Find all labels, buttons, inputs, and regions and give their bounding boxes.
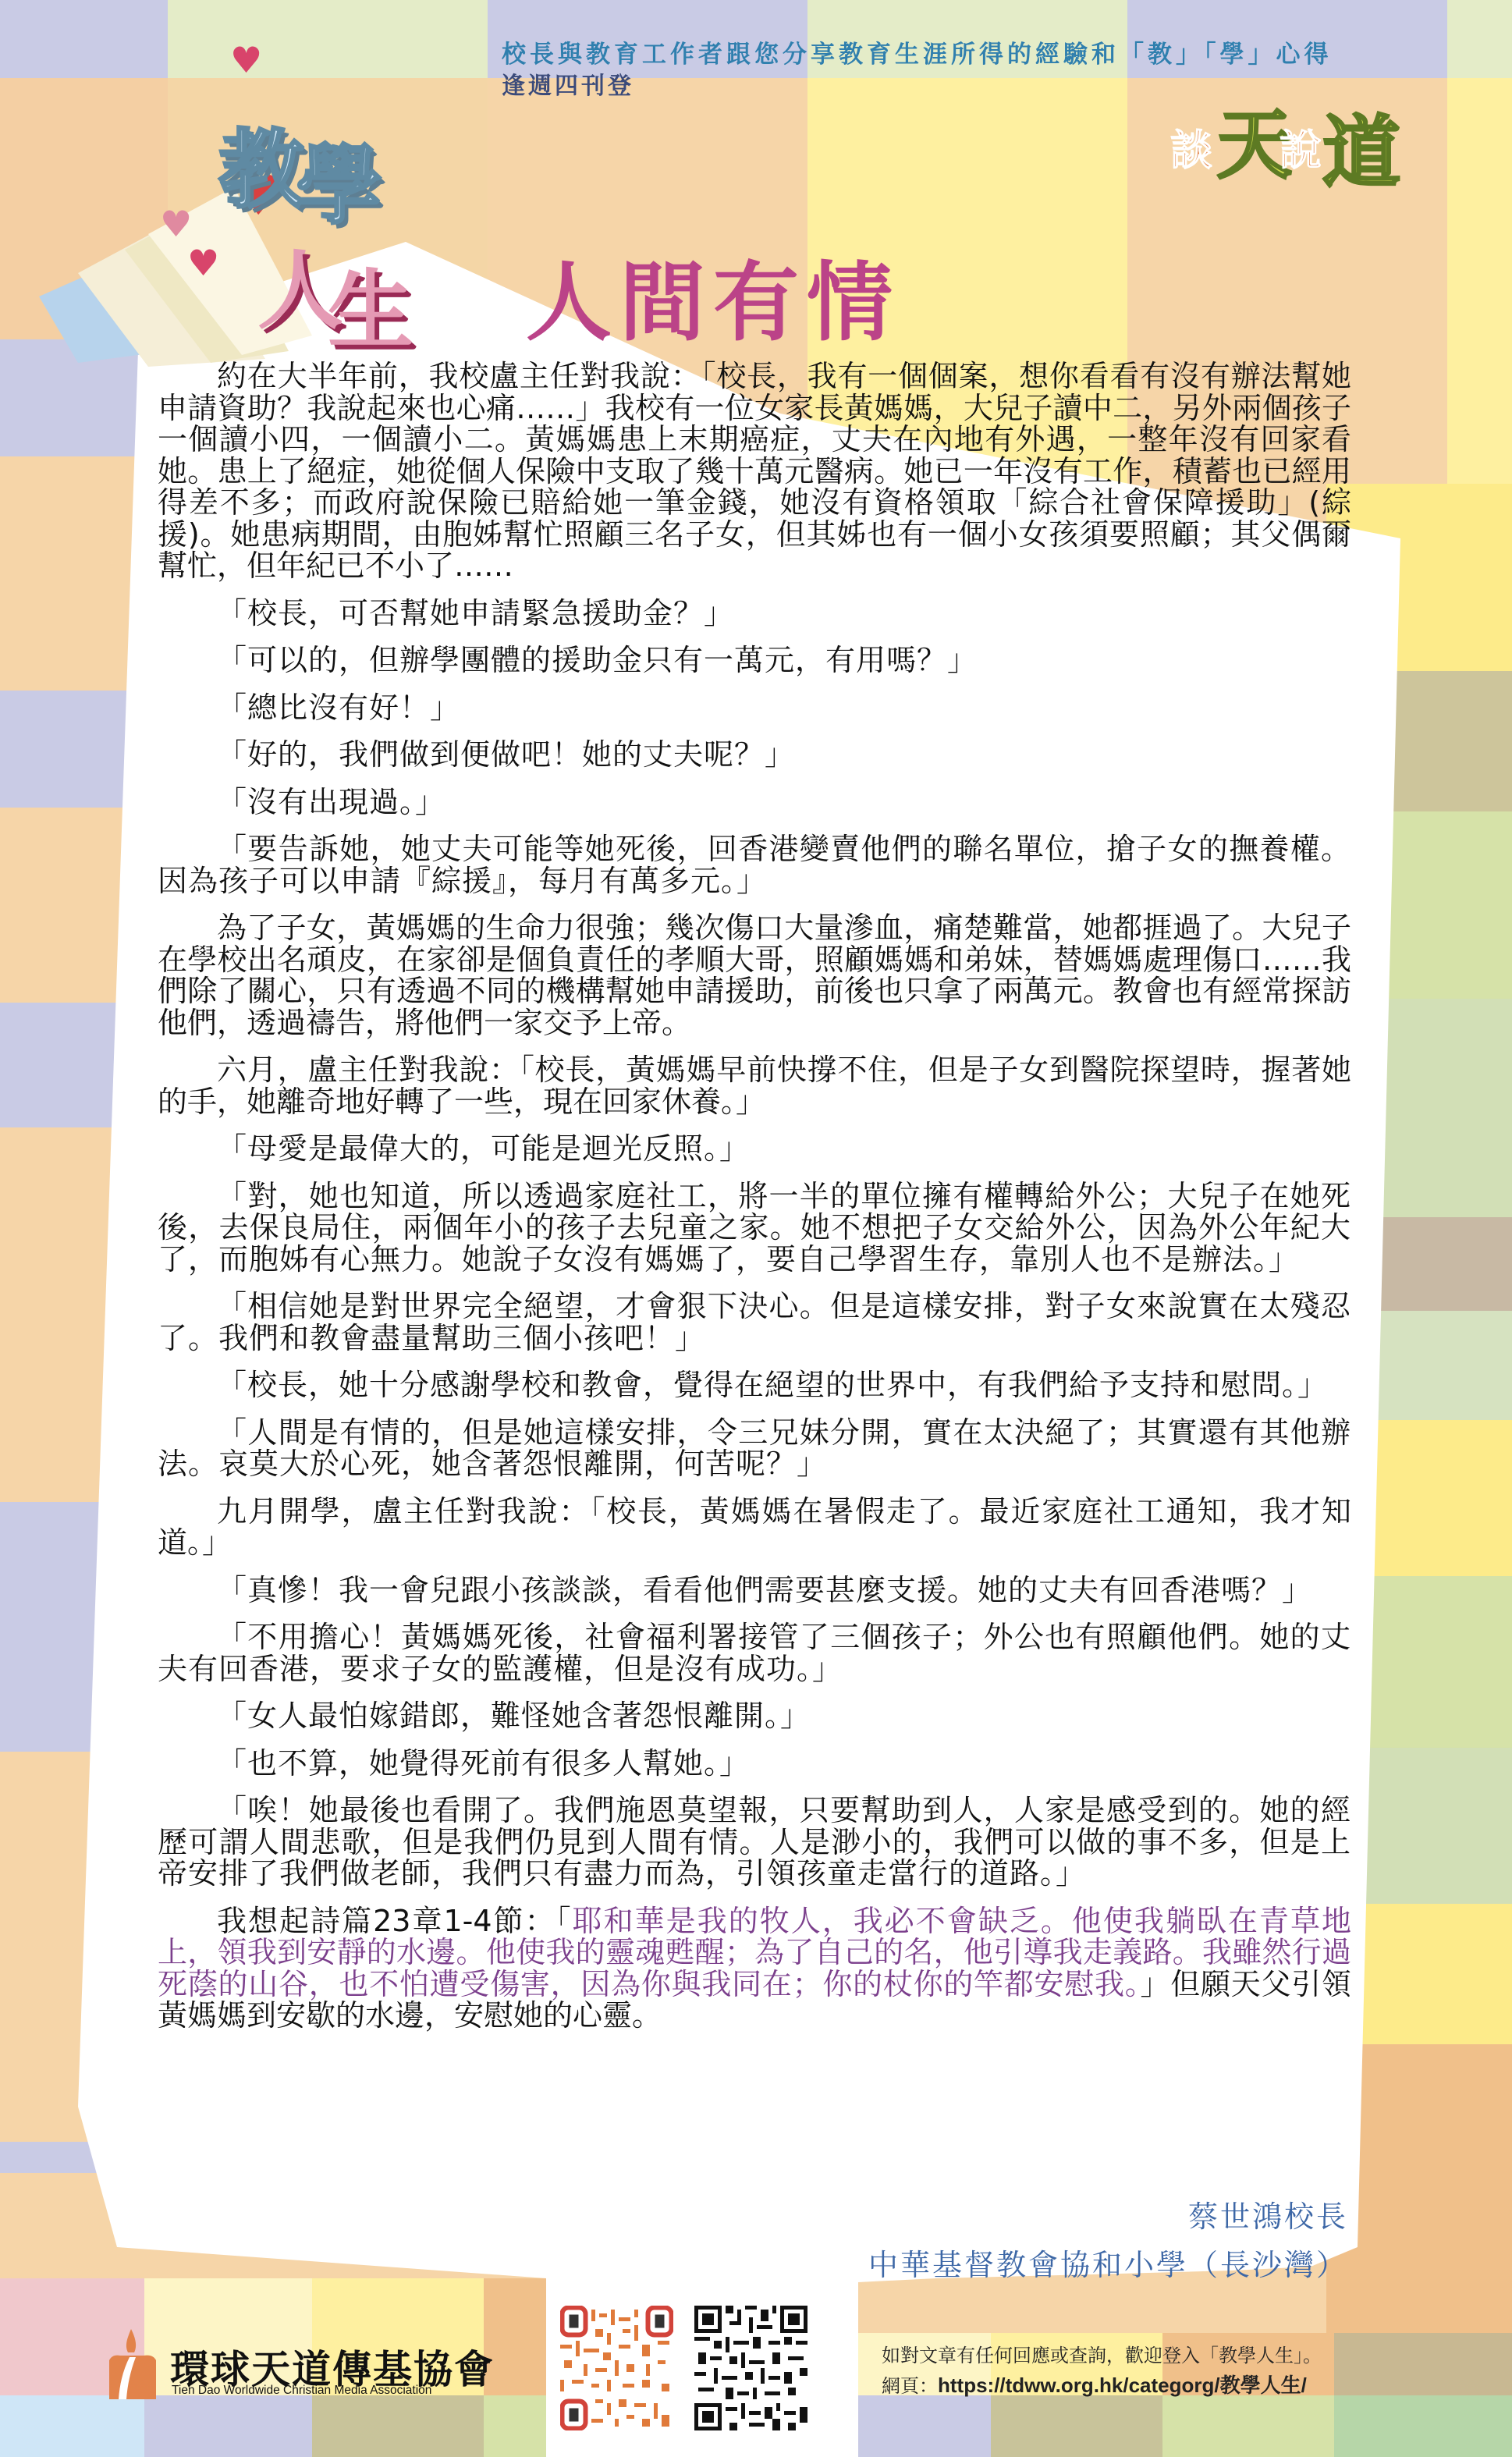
paragraph: 九月開學，盧主任對我說：「校長，黃媽媽在暑假走了。最近家庭社工通知，我才知道。」: [158, 1496, 1351, 1559]
dialog-line: 「校長，可否幫她申請緊急援助金？」: [158, 598, 1351, 630]
contact-line: 如對文章有任何回應或查詢，歡迎登入「教學人生」。: [882, 2341, 1322, 2370]
article-body: 約在大半年前，我校盧主任對我說：「校長，我有一個個案，想你看看有沒有辦法幫她申請…: [158, 360, 1351, 2047]
paragraph-lead: 六月，盧主任對我說：: [217, 1053, 520, 1087]
logo-char: 教: [218, 101, 304, 225]
heart-icon: ♥: [230, 39, 262, 81]
paragraph: 為了子女，黃媽媽的生命力很強；幾次傷口大量滲血，痛楚難當，她都捱過了。大兒子在學…: [158, 912, 1351, 1039]
logo-char: 說: [1280, 117, 1322, 177]
dialog-line: 「不用擔心！黃媽媽死後，社會福利署接管了三個孩子；外公也有照顧他們。她的丈夫有回…: [158, 1621, 1351, 1685]
dialog-line: 「好的，我們做到便做吧！她的丈夫呢？」: [158, 739, 1351, 771]
dialog-line: 「要告訴她，她丈夫可能等她死後，回香港變賣他們的聯名單位，搶子女的撫養權。因為孩…: [158, 833, 1351, 897]
logo-char: 道: [1322, 90, 1400, 202]
dialog-line: 「女人最怕嫁錯郎，難怪她含著怨恨離開。」: [158, 1700, 1351, 1732]
contact-info: 如對文章有任何回應或查詢，歡迎登入「教學人生」。 網頁：https://tdww…: [882, 2341, 1322, 2401]
author-school: 中華基督教會協和小學（長沙灣）: [868, 2241, 1348, 2284]
org-name-en: Tien Dao Worldwide Christian Media Assoc…: [172, 2384, 431, 2398]
closing-paragraph: 我想起詩篇23章1-4節：「耶和華是我的牧人，我必不會缺乏。他使我躺臥在青草地上…: [158, 1905, 1351, 2032]
qr-code-orange[interactable]: [560, 2306, 673, 2430]
publish-schedule: 逢週四刊登: [502, 66, 634, 101]
closing-lead: 我想起詩篇23章1-4節：「: [217, 1904, 573, 1938]
org-logo: 環球天道傳基協會 Tien Dao Worldwide Christian Me…: [109, 2329, 515, 2399]
dialog-line: 「母愛是最偉大的，可能是迴光反照。」: [158, 1133, 1351, 1165]
dialog-line: 「對，她也知道，所以透過家庭社工，將一半的單位擁有權轉給外公；大兒子在她死後，去…: [158, 1181, 1351, 1276]
logo-talk-heaven-talk-tao: 談 天 說 道: [1162, 86, 1412, 187]
dialog-line: 「總比沒有好！」: [158, 692, 1351, 724]
dialog-line: 「相信她是對世界完全絕望，才會狠下決心。但是這樣安排，對子女來說實在太殘忍了。我…: [158, 1291, 1351, 1354]
candle-flame-icon: [109, 2329, 156, 2399]
dialog-line: 「校長，她十分感謝學校和教會，覺得在絕望的世界中，有我們給予支持和慰問。」: [158, 1369, 1351, 1401]
paragraph: 六月，盧主任對我說：「校長，黃媽媽早前快撐不住，但是子女到醫院探望時，握著她的手…: [158, 1054, 1351, 1117]
web-url-link[interactable]: https://tdww.org.hk/categorg/教學人生/: [938, 2374, 1307, 2397]
tagline: 校長與教育工作者跟您分享教育生涯所得的經驗和「教」「學」心得: [502, 34, 1333, 69]
dialog-line: 「也不算，她覺得死前有很多人幫她。」: [158, 1748, 1351, 1780]
paragraph: 約在大半年前，我校盧主任對我說：「校長，我有一個個案，想你看看有沒有辦法幫她申請…: [158, 360, 1351, 582]
dialog-line: 「真慘！我一會兒跟小孩談談，看看他們需要甚麼支援。她的丈夫有回香港嗎？」: [158, 1575, 1351, 1607]
dialog-line: 「沒有出現過。」: [158, 786, 1351, 818]
article-title: 人間有情: [0, 234, 1512, 357]
dialog-line: 「可以的，但辦學團體的援助金只有一萬元，有用嗎？」: [158, 644, 1351, 676]
paragraph-lead: 九月開學，盧主任對我說：: [217, 1494, 590, 1529]
web-line: 網頁：https://tdww.org.hk/categorg/教學人生/: [882, 2370, 1322, 2401]
web-label: 網頁：: [882, 2375, 938, 2397]
author-signature: 蔡世鴻校長: [1188, 2192, 1348, 2235]
dialog-line: 「人間是有情的，但是她這樣安排，令三兄妹分開，實在太決絕了；其實還有其他辦法。哀…: [158, 1417, 1351, 1480]
logo-char: 談: [1170, 117, 1212, 177]
qr-code-black[interactable]: [694, 2306, 807, 2430]
dialog-line: 「唉！她最後也看開了。我們施恩莫望報，只要幫助到人，人家是感受到的。她的經歷可謂…: [158, 1795, 1351, 1890]
